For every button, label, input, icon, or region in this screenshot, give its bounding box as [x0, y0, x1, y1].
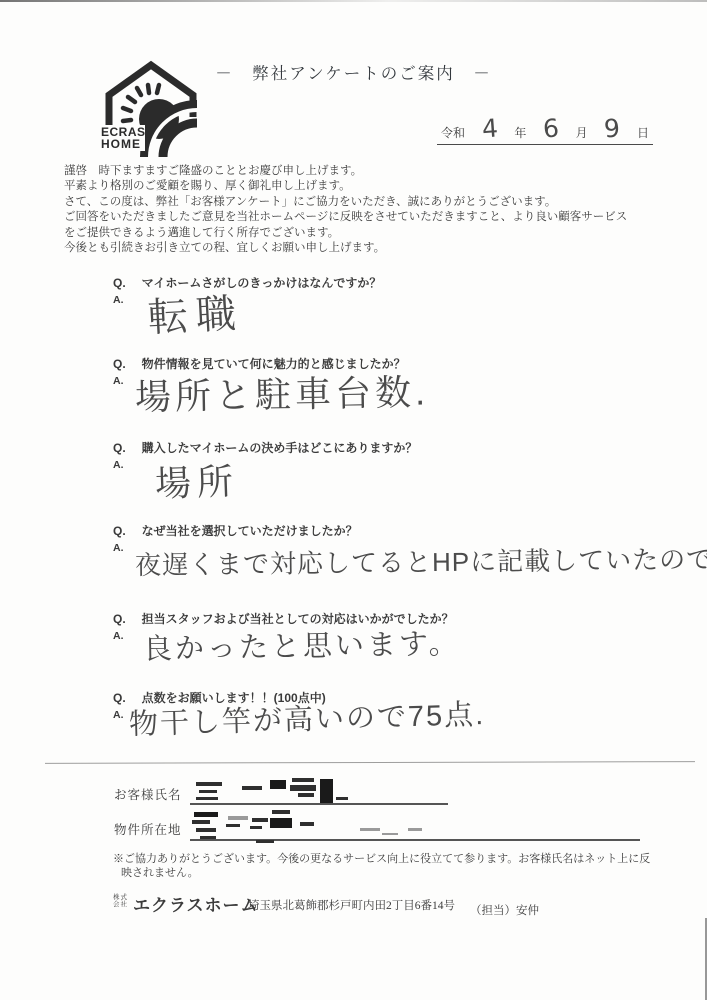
question-label: Q.: [113, 276, 126, 290]
question-text: 点数をお願いします！！(100点中): [142, 691, 326, 705]
redaction-block: [292, 778, 314, 782]
redaction-block: [196, 828, 216, 832]
separator-line: [45, 761, 695, 764]
redaction-block: [360, 828, 380, 831]
redaction-block: [336, 797, 348, 800]
redaction-block: [194, 812, 218, 817]
redaction-block: [290, 785, 316, 791]
redaction-block: [382, 833, 398, 835]
redaction-block: [250, 826, 262, 829]
question-text: 担当スタッフおよび当社としての対応はいかがでしたか？: [142, 612, 454, 626]
qa-block-5: Q.担当スタッフおよび当社としての対応はいかがでしたか？ A. 良かったと思いま…: [113, 610, 673, 642]
handwritten-answer: 転職: [147, 292, 245, 341]
redaction-block: [320, 779, 333, 803]
greeting-line: ご回答をいただきましたご意見を当社ホームページに反映をさせていただきますこと、よ…: [64, 210, 694, 225]
date-line: 令和 4 年 6 月 9 日: [437, 116, 653, 145]
question-label: Q.: [113, 691, 126, 705]
question-text: なぜ当社を選択していただけましたか？: [142, 524, 358, 538]
date-month-unit: 月: [576, 124, 588, 141]
redaction-block: [270, 780, 286, 789]
question-label: Q.: [113, 357, 126, 371]
date-year-handwritten: 4: [481, 115, 499, 141]
date-day-handwritten: 9: [604, 115, 622, 141]
handwritten-answer: 夜遅くまで対応してるとHPに記載していたので。: [135, 545, 707, 580]
question-text: 購入したマイホームの決め手はどこにありますか？: [142, 441, 418, 455]
date-month-handwritten: 6: [542, 115, 560, 141]
redaction-block: [199, 790, 217, 793]
scan-artifact-top: [0, 0, 707, 2]
redaction-block: [270, 818, 292, 828]
question-text: マイホームさがしのきっかけはなんですか？: [142, 276, 382, 290]
question-label: Q.: [113, 441, 126, 455]
date-era: 令和: [441, 124, 465, 141]
redaction-block: [408, 828, 422, 831]
svg-text:HOME: HOME: [101, 137, 141, 151]
question-text: 物件情報を見ていて何に魅力的と感じましたか？: [142, 357, 406, 371]
question-label: Q.: [113, 612, 126, 626]
date-year-unit: 年: [514, 124, 526, 141]
redaction-block: [256, 840, 274, 843]
customer-name-underline: [190, 803, 448, 805]
company-address: 埼玉県北葛飾郡杉戸町内田2丁目6番14号: [248, 897, 455, 913]
greeting-paragraph: 謹啓 時下ますますご隆盛のこととお慶び申し上げます。 平素より格別のご愛顧を賜り…: [64, 164, 694, 256]
redaction-block: [298, 793, 314, 797]
date-day-unit: 日: [637, 124, 649, 141]
company-name: エクラスホーム: [133, 891, 259, 916]
greeting-line: 平素より格別のご愛顧を賜り、厚く御礼申し上げます。: [64, 179, 694, 194]
staff-in-charge: （担当）安仲: [470, 902, 539, 918]
greeting-line: をご提供できるよう邁進して行く所存でございます。: [64, 226, 694, 241]
redaction-block: [192, 820, 210, 824]
redaction-block: [228, 816, 248, 820]
redaction-block: [196, 797, 218, 800]
handwritten-answer: 物干し竿が高いので75点.: [129, 700, 486, 742]
footer-note-line: ※ご協力ありがとうございます。今後の更なるサービス向上に役立てて参ります。お客様…: [113, 852, 703, 866]
handwritten-answer: 場所: [154, 462, 239, 505]
greeting-line: 謹啓 時下ますますご隆盛のこととお慶び申し上げます。: [64, 164, 694, 179]
qa-block-1: Q.マイホームさがしのきっかけはなんですか？ A. 転職: [113, 274, 673, 306]
footer-note: ※ご協力ありがとうございます。今後の更なるサービス向上に役立てて参ります。お客様…: [113, 852, 703, 880]
redaction-block: [252, 818, 268, 822]
greeting-line: さて、この度は、弊社「お客様アンケート」にご協力をいただき、誠にありがとうござい…: [64, 195, 694, 210]
handwritten-answer: 場所と駐車台数.: [135, 372, 430, 417]
qa-block-6: Q.点数をお願いします！！(100点中) A. 物干し竿が高いので75点.: [113, 689, 673, 721]
qa-block-3: Q.購入したマイホームの決め手はどこにありますか？ A. 場所: [113, 439, 673, 471]
qa-block-4: Q.なぜ当社を選択していただけましたか？ A. 夜遅くまで対応してるとHPに記載…: [113, 522, 673, 554]
customer-name-label: お客様氏名: [114, 785, 182, 803]
property-location-label: 物件所在地: [114, 820, 182, 838]
handwritten-answer: 良かったと思います。: [143, 629, 461, 666]
redaction-block: [242, 786, 262, 790]
survey-document: ECRAS HOME － 弊社アンケートのご案内 － 令和 4 年 6 月 9 …: [0, 0, 707, 1000]
question-label: Q.: [113, 524, 126, 538]
redaction-block: [226, 824, 240, 827]
qa-block-2: Q.物件情報を見ていて何に魅力的と感じましたか？ A. 場所と駐車台数.: [113, 355, 673, 387]
redaction-block: [196, 782, 222, 786]
redaction-block: [200, 836, 216, 839]
redaction-block: [272, 810, 290, 814]
company-prefix: 株式 会社: [113, 894, 128, 908]
page-title: － 弊社アンケートのご案内 －: [0, 60, 707, 84]
footer-note-line: 映されません。: [121, 866, 703, 880]
greeting-line: 今後とも引続きお引き立ての程、宜しくお願い申し上げます。: [64, 241, 694, 256]
redaction-block: [300, 822, 314, 826]
